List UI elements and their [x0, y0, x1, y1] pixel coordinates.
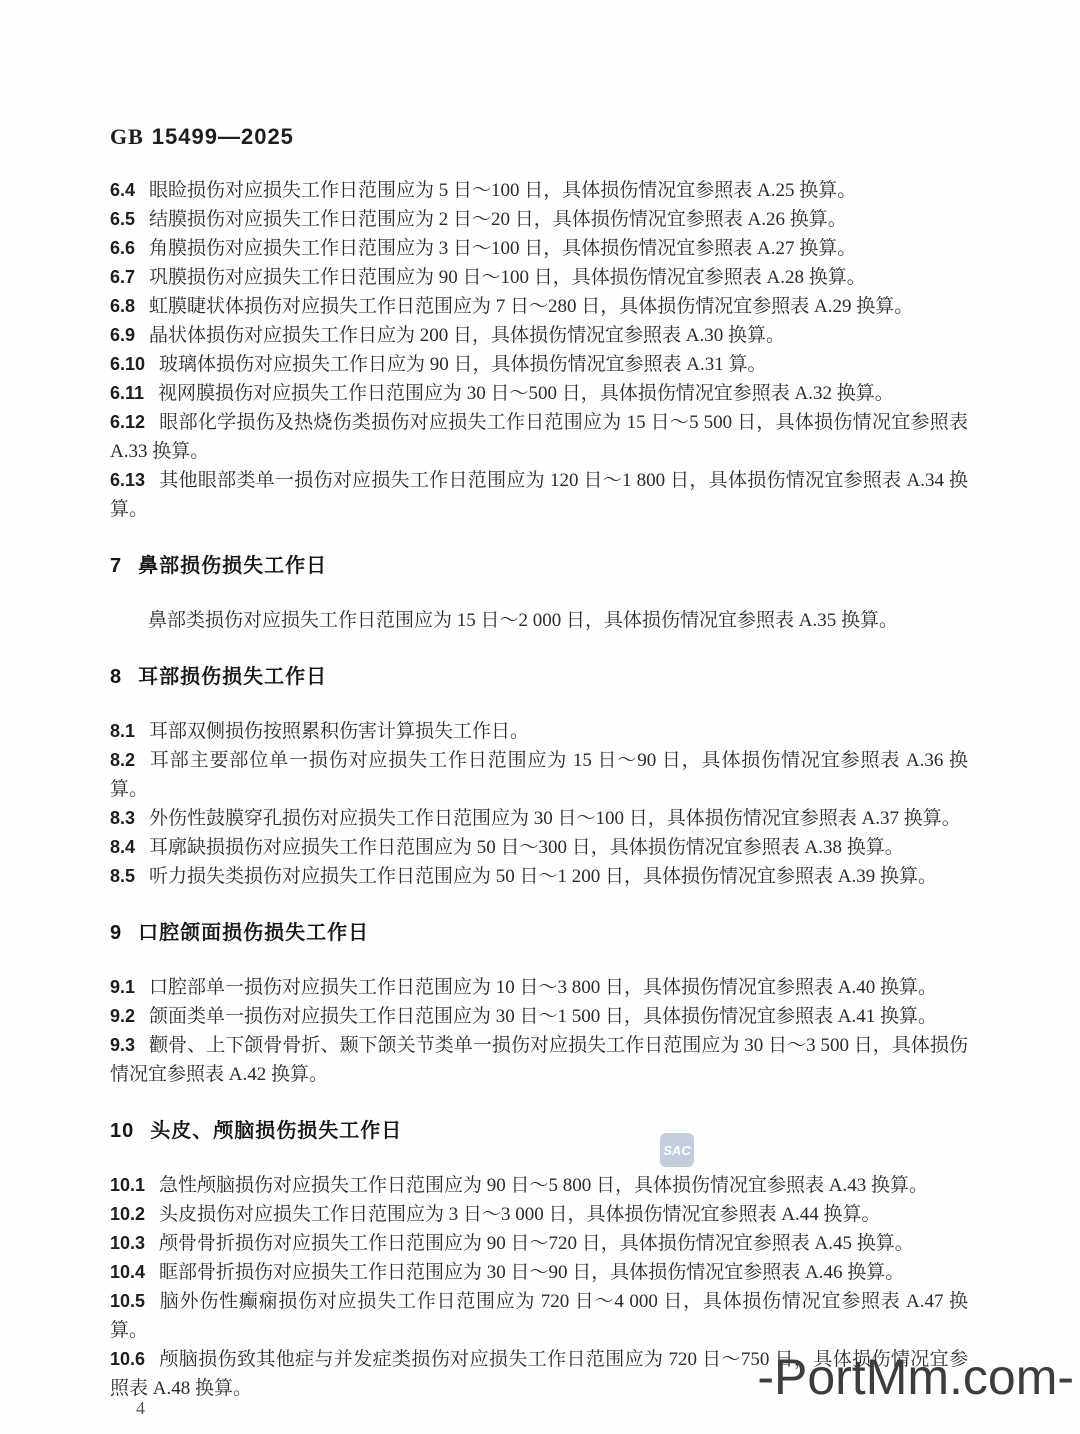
page-number: 4 [136, 1398, 145, 1419]
document-body: 6.4眼睑损伤对应损失工作日范围应为 5 日～100 日，具体损伤情况宜参照表 … [110, 176, 968, 1403]
clause: 6.6角膜损伤对应损失工作日范围应为 3 日～100 日，具体损伤情况宜参照表 … [110, 234, 968, 263]
clause-number: 9.3 [110, 1035, 135, 1055]
clause-text: 晶状体损伤对应损失工作日应为 200 日，具体损伤情况宜参照表 A.30 换算。 [149, 325, 785, 346]
clause: 9.2颌面类单一损伤对应损失工作日范围应为 30 日～1 500 日，具体损伤情… [110, 1002, 968, 1031]
doc-code: GB15499—2025 [110, 124, 294, 150]
clause: 6.11视网膜损伤对应损失工作日范围应为 30 日～500 日，具体损伤情况宜参… [110, 379, 968, 408]
clause-number: 10.1 [110, 1175, 145, 1195]
clause: 8.5听力损失类损伤对应损失工作日范围应为 50 日～1 200 日，具体损伤情… [110, 862, 968, 891]
clause: 10.5脑外伤性癫痫损伤对应损失工作日范围应为 720 日～4 000 日，具体… [110, 1287, 968, 1345]
section-heading: 8耳部损伤损失工作日 [110, 663, 968, 692]
clause-text: 头皮损伤对应损失工作日范围应为 3 日～3 000 日，具体损伤情况宜参照表 A… [159, 1204, 880, 1225]
clause: 8.3外伤性鼓膜穿孔损伤对应损失工作日范围应为 30 日～100 日，具体损伤情… [110, 804, 968, 833]
clause-text: 结膜损伤对应损失工作日范围应为 2 日～20 日，具体损伤情况宜参照表 A.26… [149, 209, 847, 230]
doc-code-prefix: GB [110, 124, 144, 149]
clause-text: 耳部主要部位单一损伤对应损失工作日范围应为 15 日～90 日，具体损伤情况宜参… [110, 750, 968, 800]
section-number: 10 [110, 1120, 134, 1142]
clause: 10.3颅骨骨折损伤对应损失工作日范围应为 90 日～720 日，具体损伤情况宜… [110, 1229, 968, 1258]
clause-text: 虹膜睫状体损伤对应损失工作日范围应为 7 日～280 日，具体损伤情况宜参照表 … [149, 296, 913, 317]
clause-text: 耳廓缺损损伤对应损失工作日范围应为 50 日～300 日，具体损伤情况宜参照表 … [149, 837, 904, 858]
clause: 8.4耳廓缺损损伤对应损失工作日范围应为 50 日～300 日，具体损伤情况宜参… [110, 833, 968, 862]
clause: 10.2头皮损伤对应损失工作日范围应为 3 日～3 000 日，具体损伤情况宜参… [110, 1200, 968, 1229]
clause-number: 10.6 [110, 1349, 145, 1369]
clause: 8.2耳部主要部位单一损伤对应损失工作日范围应为 15 日～90 日，具体损伤情… [110, 746, 968, 804]
clause-number: 6.5 [110, 209, 135, 229]
section-title: 耳部损伤损失工作日 [138, 666, 327, 688]
clause-number: 10.3 [110, 1233, 145, 1253]
section-title: 鼻部损伤损失工作日 [138, 555, 327, 577]
clause: 6.12眼部化学损伤及热烧伤类损伤对应损失工作日范围应为 15 日～5 500 … [110, 408, 968, 466]
clause-number: 8.4 [110, 837, 135, 857]
site-watermark: -PortMm.com- [757, 1348, 1074, 1406]
clause-number: 10.5 [110, 1291, 145, 1311]
clause: 9.1口腔部单一损伤对应损失工作日范围应为 10 日～3 800 日，具体损伤情… [110, 973, 968, 1002]
paragraph: 鼻部类损伤对应损失工作日范围应为 15 日～2 000 日，具体损伤情况宜参照表… [110, 606, 968, 635]
clause-text: 巩膜损伤对应损失工作日范围应为 90 日～100 日，具体损伤情况宜参照表 A.… [149, 267, 866, 288]
clause-number: 6.4 [110, 180, 135, 200]
section-number: 7 [110, 555, 122, 577]
sac-logo-watermark: SAC [660, 1133, 694, 1167]
section-title: 口腔颌面损伤损失工作日 [138, 922, 369, 944]
clause-number: 6.12 [110, 412, 145, 432]
document-page: GB15499—2025 6.4眼睑损伤对应损失工作日范围应为 5 日～100 … [0, 0, 1080, 1434]
clause-number: 8.2 [110, 750, 135, 770]
clause-text: 颌面类单一损伤对应损失工作日范围应为 30 日～1 500 日，具体损伤情况宜参… [149, 1006, 937, 1027]
section-title: 头皮、颅脑损伤损失工作日 [150, 1120, 402, 1142]
clause-text: 眼睑损伤对应损失工作日范围应为 5 日～100 日，具体损伤情况宜参照表 A.2… [149, 180, 856, 201]
clause-text: 眶部骨折损伤对应损失工作日范围应为 30 日～90 日，具体损伤情况宜参照表 A… [159, 1262, 904, 1283]
clause-number: 8.3 [110, 808, 135, 828]
clause-text: 角膜损伤对应损失工作日范围应为 3 日～100 日，具体损伤情况宜参照表 A.2… [149, 238, 856, 259]
clause-text: 视网膜损伤对应损失工作日范围应为 30 日～500 日，具体损伤情况宜参照表 A… [158, 383, 894, 404]
clause-number: 6.9 [110, 325, 135, 345]
clause: 6.5结膜损伤对应损失工作日范围应为 2 日～20 日，具体损伤情况宜参照表 A… [110, 205, 968, 234]
clause-number: 10.4 [110, 1262, 145, 1282]
clause: 6.4眼睑损伤对应损失工作日范围应为 5 日～100 日，具体损伤情况宜参照表 … [110, 176, 968, 205]
clause: 6.8虹膜睫状体损伤对应损失工作日范围应为 7 日～280 日，具体损伤情况宜参… [110, 292, 968, 321]
clause-text: 其他眼部类单一损伤对应损失工作日范围应为 120 日～1 800 日，具体损伤情… [110, 470, 968, 520]
section-heading: 9口腔颌面损伤损失工作日 [110, 919, 968, 948]
clause-number: 10.2 [110, 1204, 145, 1224]
section-number: 8 [110, 666, 122, 688]
clause-text: 听力损失类损伤对应损失工作日范围应为 50 日～1 200 日，具体损伤情况宜参… [149, 866, 937, 887]
clause: 6.7巩膜损伤对应损失工作日范围应为 90 日～100 日，具体损伤情况宜参照表… [110, 263, 968, 292]
clause-number: 6.7 [110, 267, 135, 287]
clause-number: 6.10 [110, 354, 145, 374]
clause: 6.9晶状体损伤对应损失工作日应为 200 日，具体损伤情况宜参照表 A.30 … [110, 321, 968, 350]
clause-text: 颧骨、上下颌骨骨折、颞下颌关节类单一损伤对应损失工作日范围应为 30 日～3 5… [110, 1035, 968, 1085]
clause-number: 8.1 [110, 721, 135, 741]
clause-text: 颅骨骨折损伤对应损失工作日范围应为 90 日～720 日，具体损伤情况宜参照表 … [159, 1233, 914, 1254]
clause-number: 8.5 [110, 866, 135, 886]
clause-number: 9.1 [110, 977, 135, 997]
section-heading: 7鼻部损伤损失工作日 [110, 552, 968, 581]
section-number: 9 [110, 922, 122, 944]
clause-text: 脑外伤性癫痫损伤对应损失工作日范围应为 720 日～4 000 日，具体损伤情况… [110, 1291, 968, 1341]
clause-text: 玻璃体损伤对应损失工作日应为 90 日，具体损伤情况宜参照表 A.31 算。 [159, 354, 766, 375]
clause: 6.13其他眼部类单一损伤对应损失工作日范围应为 120 日～1 800 日，具… [110, 466, 968, 524]
clause: 10.4眶部骨折损伤对应损失工作日范围应为 30 日～90 日，具体损伤情况宜参… [110, 1258, 968, 1287]
clause-text: 急性颅脑损伤对应损失工作日范围应为 90 日～5 800 日，具体损伤情况宜参照… [159, 1175, 928, 1196]
clause-number: 6.6 [110, 238, 135, 258]
clause-number: 6.13 [110, 470, 145, 490]
clause: 9.3颧骨、上下颌骨骨折、颞下颌关节类单一损伤对应损失工作日范围应为 30 日～… [110, 1031, 968, 1089]
clause-text: 口腔部单一损伤对应损失工作日范围应为 10 日～3 800 日，具体损伤情况宜参… [149, 977, 937, 998]
clause-text: 耳部双侧损伤按照累积伤害计算损失工作日。 [149, 721, 529, 742]
clause: 6.10玻璃体损伤对应损失工作日应为 90 日，具体损伤情况宜参照表 A.31 … [110, 350, 968, 379]
clause: 8.1耳部双侧损伤按照累积伤害计算损失工作日。 [110, 717, 968, 746]
clause-text: 眼部化学损伤及热烧伤类损伤对应损失工作日范围应为 15 日～5 500 日，具体… [110, 412, 968, 462]
clause-number: 6.11 [110, 383, 144, 403]
clause-number: 9.2 [110, 1006, 135, 1026]
clause: 10.1急性颅脑损伤对应损失工作日范围应为 90 日～5 800 日，具体损伤情… [110, 1171, 968, 1200]
clause-number: 6.8 [110, 296, 135, 316]
doc-code-number: 15499—2025 [152, 124, 294, 149]
clause-text: 外伤性鼓膜穿孔损伤对应损失工作日范围应为 30 日～100 日，具体损伤情况宜参… [149, 808, 961, 829]
section-heading: 10头皮、颅脑损伤损失工作日 [110, 1117, 968, 1146]
